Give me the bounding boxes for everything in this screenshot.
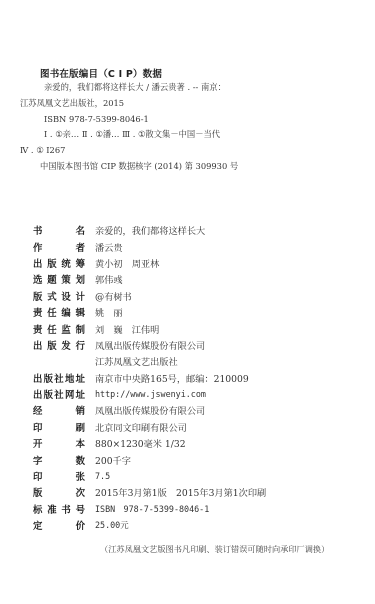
colophon-row-planning: 选题策划郭伟彧 xyxy=(33,271,353,287)
cip-title: 图书在版编目（C I P）数据 xyxy=(40,66,162,80)
cip-line-classification: Ⅳ . ① I267 xyxy=(20,145,65,156)
colophon-row-isbn: 标准书号ISBN 978-7-5399-8046-1 xyxy=(33,501,353,517)
colophon-row-author: 作者潘云贵 xyxy=(33,238,353,254)
website-link: http://www.jswenyi.com xyxy=(95,389,206,399)
cip-line-publisher: 江苏凤凰文艺出版社，2015 xyxy=(20,98,124,109)
colophon-row-edition: 版次2015年3月第1版 2015年3月第1次印刷 xyxy=(33,484,353,500)
colophon-row-price: 定价25.00元 xyxy=(33,517,353,533)
colophon-row-publisher-2: 江苏凤凰文艺出版社 xyxy=(33,353,353,369)
colophon-row-layout-design: 版式设计@有树书 xyxy=(33,288,353,304)
print-error-note: （江苏凤凰文艺版图书凡印刷、装订错误可随时向承印厂调换） xyxy=(100,544,329,555)
colophon-row-publishing-coordinator: 出版统筹黄小初 周亚林 xyxy=(33,255,353,271)
cip-line-cip-number: 中国版本图书馆 CIP 数据核字 (2014) 第 309930 号 xyxy=(40,161,238,172)
cip-line-isbn: ISBN 978-7-5399-8046-1 xyxy=(44,114,149,125)
colophon-row-supervisor: 责任监制刘 巍 江伟明 xyxy=(33,320,353,336)
colophon-row-website: 出版社网址http://www.jswenyi.com xyxy=(33,386,353,402)
cip-line-title-author: 亲爱的，我们都将这样长大 / 潘云贵著 . -- 南京： xyxy=(44,82,226,93)
colophon-row-sheets: 印张7.5 xyxy=(33,468,353,484)
colophon-row-title: 书名亲爱的，我们都将这样长大 xyxy=(33,222,353,238)
colophon-row-distributor: 经销凤凰出版传媒股份有限公司 xyxy=(33,402,353,418)
colophon-row-address: 出版社地址南京市中央路165号，邮编：210009 xyxy=(33,370,353,386)
colophon-row-editor: 责任编辑姚 丽 xyxy=(33,304,353,320)
colophon-row-word-count: 字数200千字 xyxy=(33,451,353,467)
colophon-row-format: 开本880×1230毫米 1/32 xyxy=(33,435,353,451)
colophon-row-publisher: 出版发行凤凰出版传媒股份有限公司 xyxy=(33,337,353,353)
cip-line-subjects: Ⅰ . ①亲… Ⅱ . ①潘… Ⅲ . ①散文集－中国－当代 xyxy=(44,129,220,140)
colophon-row-printer: 印刷北京同文印刷有限公司 xyxy=(33,419,353,435)
colophon-table: 书名亲爱的，我们都将这样长大 作者潘云贵 出版统筹黄小初 周亚林 选题策划郭伟彧… xyxy=(33,222,353,533)
